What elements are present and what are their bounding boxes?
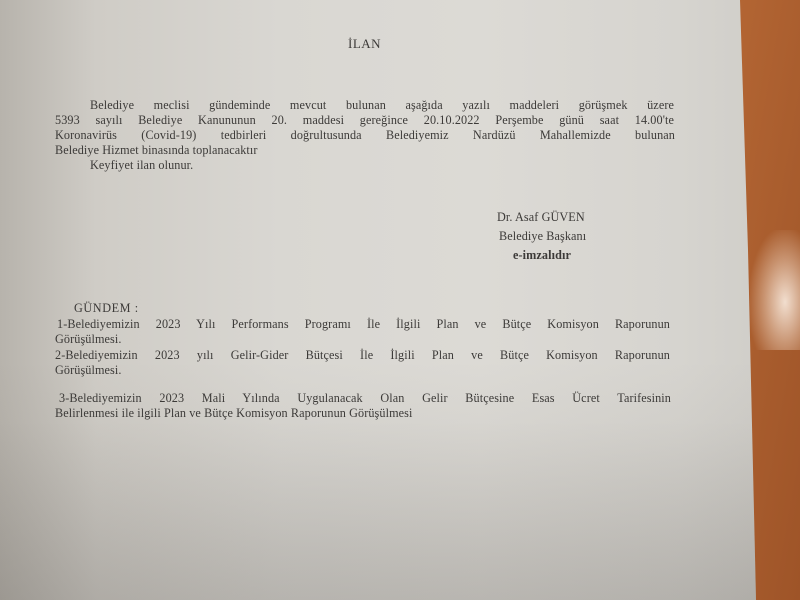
body-line-3: Koronavirüs (Covid-19) tedbirleri doğrul… bbox=[55, 128, 675, 143]
e-signature-note: e-imzalıdır bbox=[513, 248, 571, 263]
agenda-item-2-line-2: Görüşülmesi. bbox=[55, 363, 122, 378]
agenda-item-1-line-1: 1-Belediyemizin 2023 Yılı Performans Pro… bbox=[57, 317, 670, 332]
signatory-title: Belediye Başkanı bbox=[499, 229, 586, 244]
body-line-4: Belediye Hizmet binasında toplanacaktır bbox=[55, 143, 258, 158]
agenda-item-2-line-1: 2-Belediyemizin 2023 yılı Gelir-Gider Bü… bbox=[55, 348, 670, 363]
agenda-item-3-line-1: 3-Belediyemizin 2023 Mali Yılında Uygula… bbox=[59, 391, 671, 406]
agenda-item-1-line-2: Görüşülmesi. bbox=[55, 332, 122, 347]
signatory-name: Dr. Asaf GÜVEN bbox=[497, 210, 585, 225]
paper-sheet: İLAN Belediye meclisi gündeminde mevcut … bbox=[0, 0, 800, 600]
closing-line: Keyfiyet ilan olunur. bbox=[90, 158, 193, 173]
table-surface-glare bbox=[750, 230, 800, 350]
body-line-1: Belediye meclisi gündeminde mevcut bulun… bbox=[90, 98, 674, 113]
paper-shadow bbox=[0, 420, 760, 600]
body-line-2: 5393 sayılı Belediye Kanununun 20. madde… bbox=[55, 113, 674, 128]
document-title: İLAN bbox=[348, 36, 381, 51]
agenda-item-3-line-2: Belirlenmesi ile ilgili Plan ve Bütçe Ko… bbox=[55, 406, 413, 421]
agenda-heading: GÜNDEM : bbox=[74, 301, 139, 316]
